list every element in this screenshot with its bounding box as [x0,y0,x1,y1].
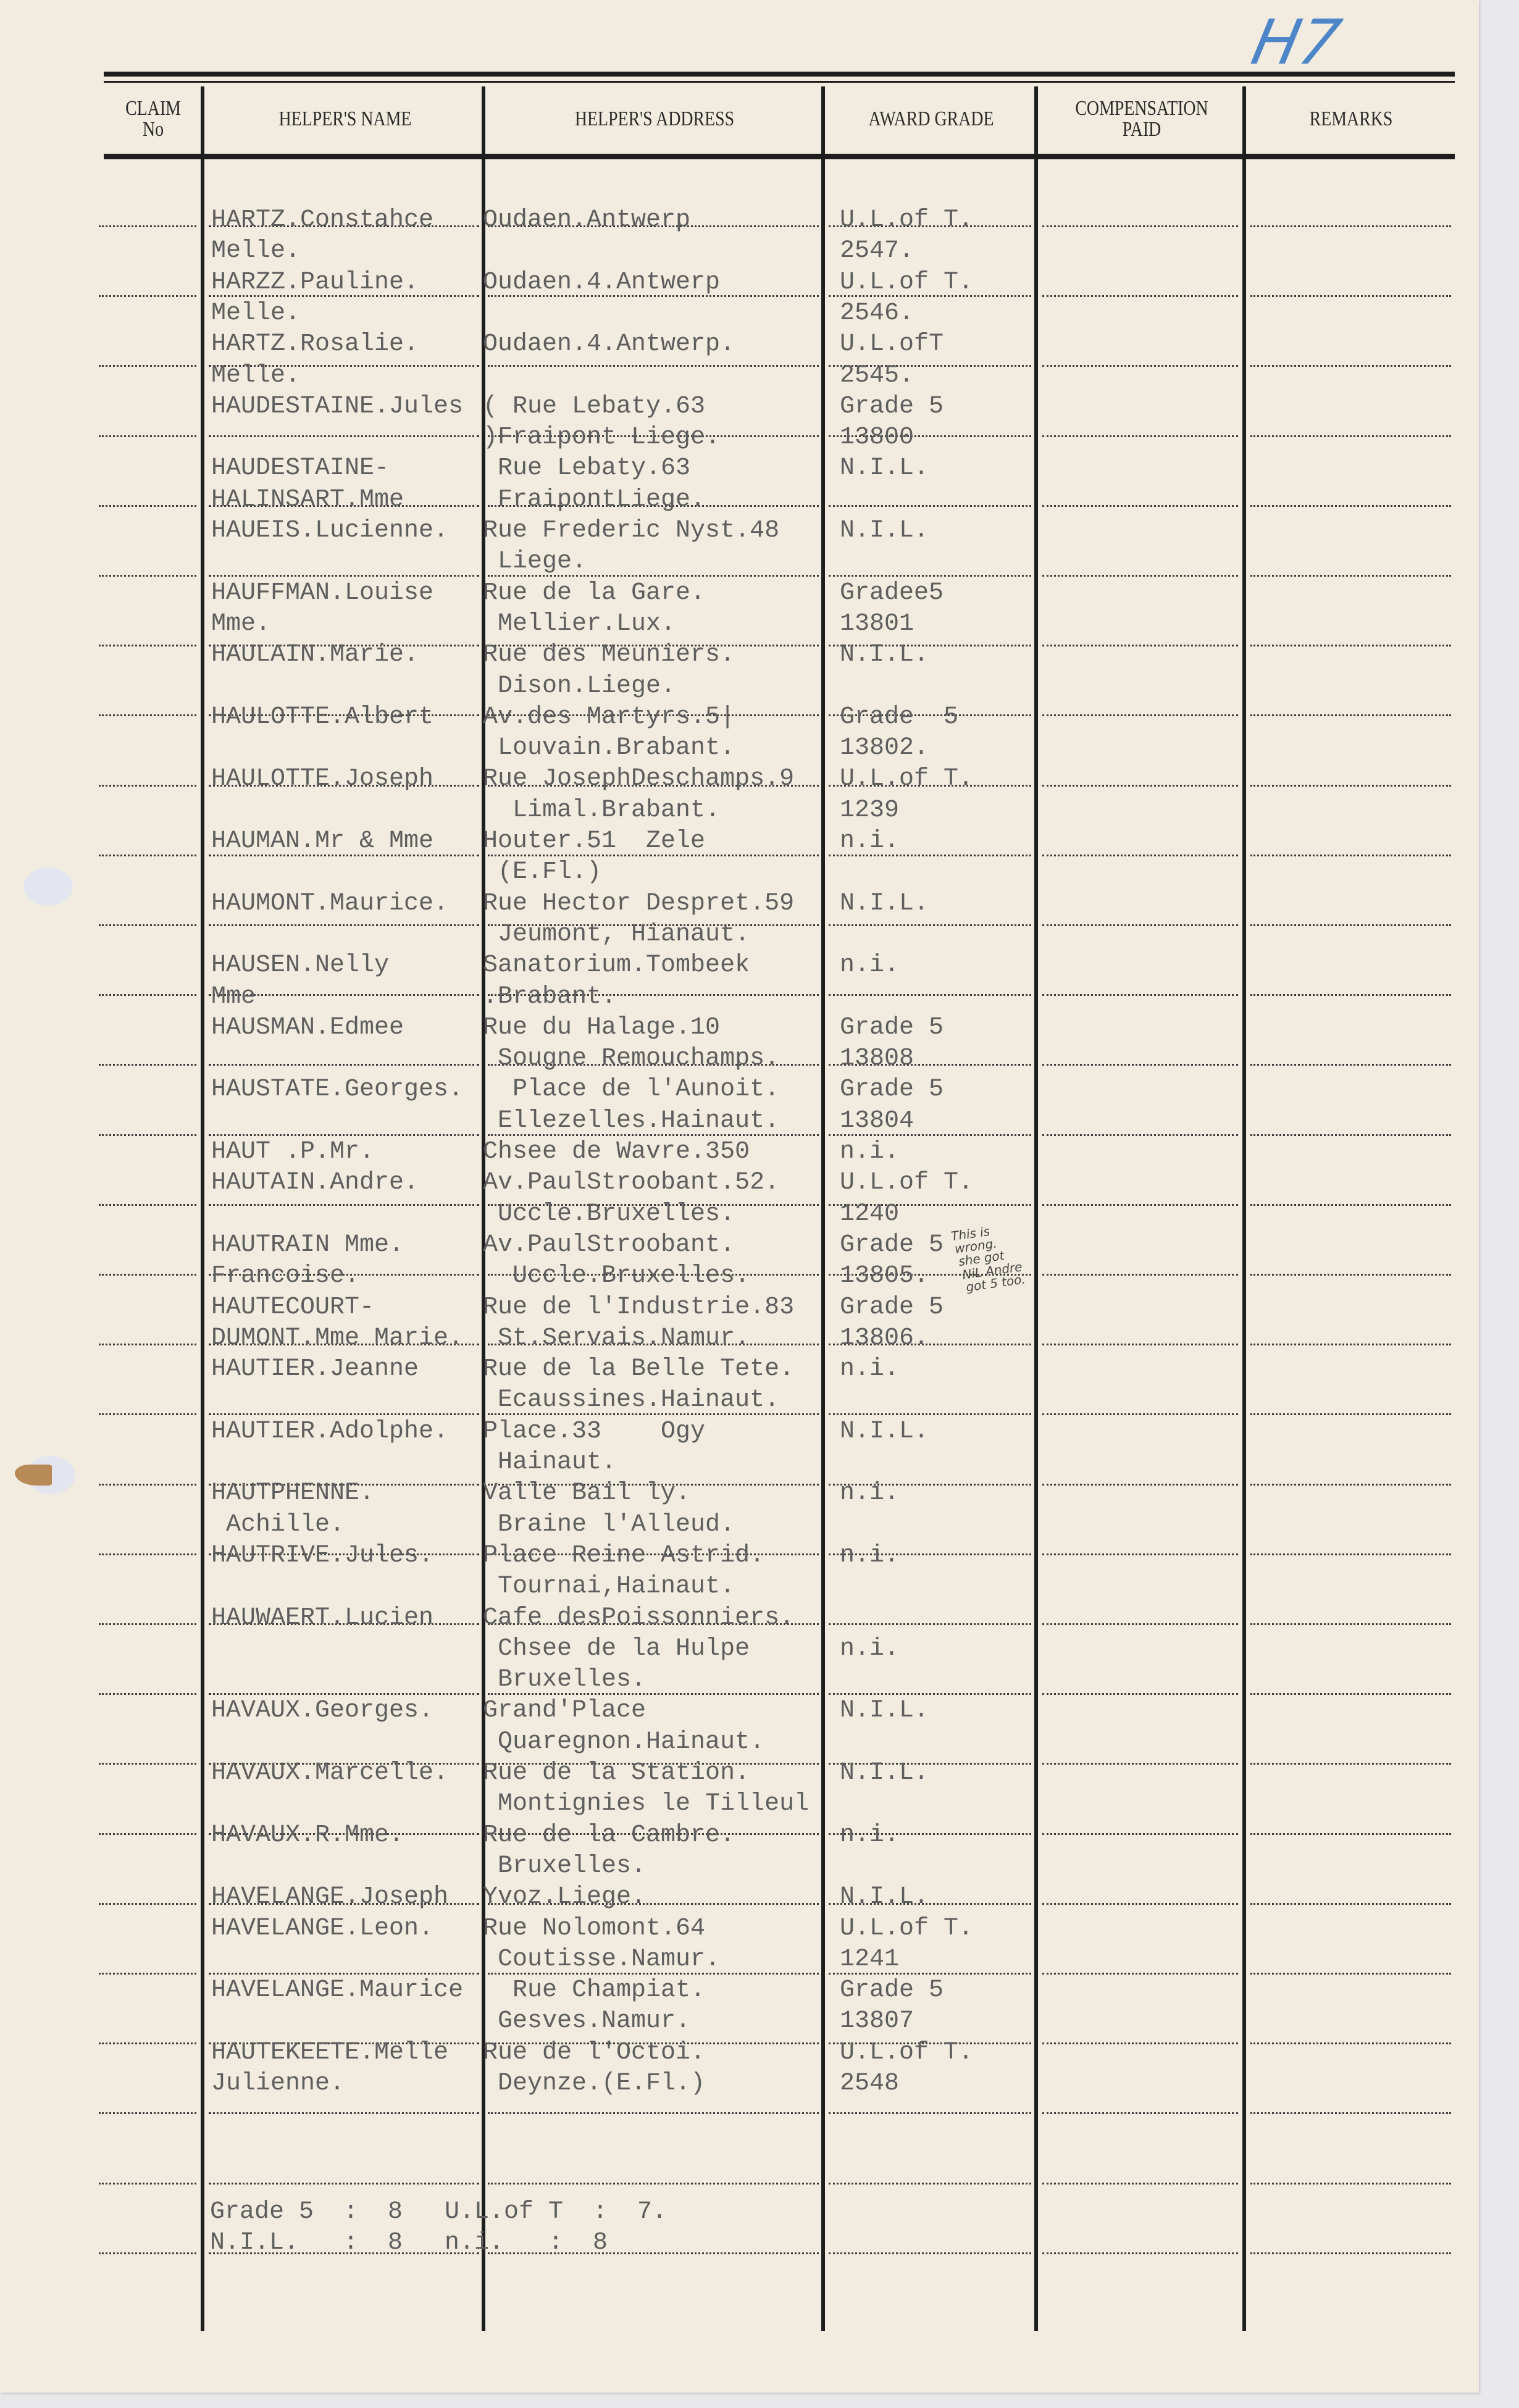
dotted-rule [99,855,196,856]
dotted-rule [99,1344,196,1345]
dotted-rule [1042,1413,1238,1415]
dotted-rule [1042,1973,1238,1975]
award-grade-line: n.i. [840,1820,899,1851]
award-grade-line: n.i. [840,1541,899,1571]
helper-name-line: HAUDESTAINE.Jules [211,391,463,422]
helper-address-line: Rue du Halage.10 [483,1013,720,1043]
helper-address-line: Grand'Place [483,1695,646,1726]
dotted-rule [1250,2183,1451,2184]
helper-address-line: Hainaut. [483,1447,616,1478]
helper-name-line: HAUTAIN.Andre. [211,1168,419,1198]
dotted-rule [1042,295,1238,297]
helper-name-line: HAUTIER.Jeanne [211,1354,419,1385]
helper-address-line: Place de l'Aunoit. [483,1074,779,1105]
award-grade-line: N.I.L. [840,453,929,484]
dotted-rule [829,1413,1031,1415]
helper-name-line: Mme. [211,609,270,640]
dotted-rule [99,2183,196,2184]
award-grade-line: 1241 [840,1944,899,1975]
helper-name-line: HAULOTTE.Albert [211,702,433,733]
helper-address-line: Limal.Brabant. [483,795,720,826]
dotted-rule [1042,1204,1238,1206]
dotted-rule [1042,505,1238,507]
helper-address-line: Uccle.Bruxelles. [483,1199,735,1230]
award-grade-line: N.I.L. [840,888,929,919]
helper-address-line: ( Rue Lebaty.63 [483,391,705,422]
column-rule-claim [201,86,204,2331]
helper-address-line: Rue JosephDeschamps.9 [483,764,794,795]
award-grade-line: 1239 [840,795,899,826]
award-grade-line: n.i. [840,1137,899,1168]
helper-name-line: Melle. [211,298,300,329]
helper-name-line: Achille. [211,1510,345,1541]
dotted-rule [99,785,196,787]
dotted-rule [829,994,1031,996]
summary-nil: N.I.L. : 8 [210,2228,403,2259]
helper-name-line: HAVELANGE.Maurice [211,1975,463,2006]
dotted-rule [1042,924,1238,926]
helper-name-line: HAUT .P.Mr. [211,1137,374,1168]
helper-address-line: Place.33 Ogy [483,1416,705,1447]
helper-address-line: Oudaen.4.Antwerp [483,267,720,298]
helper-name-line: Mme [211,982,256,1013]
award-grade-line: n.i. [840,826,899,857]
column-rule-address [821,86,825,2331]
dotted-rule [829,2252,1031,2254]
award-grade-line: 2548 [840,2068,899,2099]
header-compensation-paid: COMPENSATION PAID [1058,86,1226,151]
award-grade-line: 2546. [840,298,914,329]
helper-name-line: HAUTIER.Adolphe. [211,1416,448,1447]
helper-name-line: HAVAUX.Georges. [211,1695,433,1726]
header-top-thin-rule [104,81,1455,83]
dotted-rule [1042,575,1238,577]
dotted-rule [1250,645,1451,646]
helper-name-line: HAVAUX.R.Mme. [211,1820,404,1851]
dotted-rule [99,2112,196,2114]
helper-address-line: Jeumont, Hianaut. [483,919,750,950]
dotted-rule [209,575,479,577]
dotted-rule [99,1973,196,1975]
dotted-rule [1250,1274,1451,1276]
helper-address-line: Houter.51 Zele [483,826,705,857]
dotted-rule [99,505,196,507]
torn-punch-hole [26,1456,75,1494]
column-rule-award [1034,86,1038,2331]
column-rule-compensation [1242,86,1246,2331]
award-grade-line: Gradee5 [840,578,944,609]
dotted-rule [1250,575,1451,577]
helper-name-line: DUMONT.Mme Marie. [211,1323,463,1354]
award-grade-line: 13800 [840,422,914,453]
helper-address-line: Quaregnon.Hainaut. [483,1727,764,1758]
award-grade-line: n.i. [840,950,899,981]
dotted-rule [99,1833,196,1835]
dotted-rule [1042,225,1238,227]
helper-address-line: Oudaen.Antwerp [483,205,690,236]
helper-address-line: Place Reine Astrid. [483,1541,764,1571]
dotted-rule [1042,1134,1238,1136]
helper-name-line: HAUMONT.Maurice. [211,888,448,919]
award-grade-line: Grade 5 [840,1975,944,2006]
dotted-rule [1042,2112,1238,2114]
dotted-rule [1042,2042,1238,2044]
dotted-rule [209,1413,479,1415]
dotted-rule [1250,1413,1451,1415]
dotted-rule [1042,1903,1238,1905]
dotted-rule [829,1693,1031,1695]
dotted-rule [1250,785,1451,787]
award-grade-line: Grade 5 [840,1074,944,1105]
award-grade-line: 13805. [840,1261,929,1292]
dotted-rule [99,575,196,577]
dotted-rule [1250,1344,1451,1345]
helper-name-line: HAVELANGE.Joseph [211,1882,448,1913]
dotted-rule [829,1623,1031,1625]
dotted-rule [99,1553,196,1555]
dotted-rule [1250,1903,1451,1905]
dotted-rule [1042,1064,1238,1066]
award-grade-line: 13808 [840,1043,914,1074]
helper-address-line: St.Servais.Namur. [483,1323,750,1354]
helper-address-line: Mellier.Lux. [483,609,676,640]
dotted-rule [1250,2112,1451,2114]
helper-address-line: Sanatorium.Tombeek [483,950,750,981]
summary-ulot: U.L.of T : 7. [445,2197,667,2228]
helper-address-line: Rue Nolomont.64 [483,1913,705,1944]
helper-address-line: Yvoz.Liege. [483,1882,646,1913]
dotted-rule [99,645,196,646]
helper-name-line: HAUFFMAN.Louise [211,578,433,609]
award-grade-line: N.I.L. [840,516,929,546]
dotted-rule [99,225,196,227]
summary-grade5: Grade 5 : 8 [210,2197,403,2228]
helper-name-line: HAUDESTAINE- [211,453,389,484]
dotted-rule [99,435,196,437]
helper-address-line: Bruxelles. [483,1665,646,1695]
helper-address-line: Rue des Meuniers. [483,640,735,671]
dotted-rule [1042,435,1238,437]
dotted-rule [1042,2252,1238,2254]
dotted-rule [829,505,1031,507]
helper-address-line: (E.Fl.) [483,857,601,888]
dotted-rule [1042,1274,1238,1276]
award-grade-line: U.L.of T. [840,267,973,298]
helper-address-line: Louvain.Brabant. [483,733,735,764]
award-grade-line: U.L.ofT [840,329,944,360]
award-grade-line: 2547. [840,236,914,267]
dotted-rule [99,1763,196,1765]
award-grade-line: n.i. [840,1478,899,1509]
dotted-rule [99,2042,196,2044]
helper-name-line: HAUTEKEETE.Melle [211,2038,448,2068]
helper-address-line: Rue Frederic Nyst.48 [483,516,779,546]
helper-address-line: Rue de la Cambre. [483,1820,735,1851]
header-helpers-name: HELPER'S NAME [232,86,459,151]
helper-address-line: Rue de l'Octoi. [483,2038,705,2068]
dotted-rule [99,924,196,926]
dotted-rule [209,1134,479,1136]
helper-name-line: HAUSTATE.Georges. [211,1074,463,1105]
award-grade-line: N.I.L. [840,1695,929,1726]
award-grade-line: 1240 [840,1199,899,1230]
dotted-rule [1250,1693,1451,1695]
helper-address-line: Cafe desPoissonniers. [483,1603,794,1634]
dotted-rule [1250,1833,1451,1835]
dotted-rule [1250,2252,1451,2254]
award-grade-line: Grade 5 [840,391,944,422]
helper-name-line: HARTZ.Rosalie. [211,329,419,360]
award-grade-line: Grade 5 [840,702,958,733]
dotted-rule [1250,1484,1451,1486]
dotted-rule [1250,924,1451,926]
helper-name-line: Julienne. [211,2068,345,2099]
helper-address-line: Rue de la Belle Tete. [483,1354,794,1385]
dotted-rule [209,2183,479,2184]
helper-address-line: Braine l'Alleud. [483,1510,735,1541]
dotted-rule [209,1693,479,1695]
helper-address-line: Av.PaulStroobant. [483,1230,735,1261]
helper-address-line: Chsee de Wavre.350 [483,1137,750,1168]
dotted-rule [1042,785,1238,787]
punch-hole [23,867,73,906]
dotted-rule [829,924,1031,926]
award-grade-line: U.L.of T. [840,1168,973,1198]
helper-address-line: Ellezelles.Hainaut. [483,1106,779,1137]
dotted-rule [1042,1833,1238,1835]
dotted-rule [1042,365,1238,367]
award-grade-line: Grade 5 [840,1013,944,1043]
dotted-rule [209,1064,479,1066]
helper-name-line: HAUTRAIN Mme. [211,1230,404,1261]
dotted-rule [99,1693,196,1695]
helper-address-line: Chsee de la Hulpe [483,1634,750,1665]
helper-address-line: Av.PaulStroobant.52. [483,1168,779,1198]
award-grade-line: U.L.of T. [840,1913,973,1944]
award-grade-line: 13801 [840,609,914,640]
helper-address-line: Uccle.Bruxelles. [483,1261,750,1292]
helper-address-line: Bruxelles. [483,1851,646,1882]
dotted-rule [99,2252,196,2254]
helper-name-line: HAVELANGE.Leon. [211,1913,433,1944]
dotted-rule [1042,1484,1238,1486]
helper-name-line: HAUTRIVE.Jules. [211,1541,433,1571]
award-grade-line: U.L.of T. [840,205,973,236]
dotted-rule [209,2112,479,2114]
header-top-thick-rule [104,72,1455,77]
dotted-rule [1042,1693,1238,1695]
summary-ni: n.i. : 8 [445,2228,608,2259]
award-grade-line: N.I.L. [840,1416,929,1447]
dotted-rule [99,994,196,996]
dotted-rule [1250,1623,1451,1625]
helper-address-line: Rue Champiat. [483,1975,705,2006]
helper-name-line: HAUWAERT.Lucien [211,1603,433,1634]
dotted-rule [99,1903,196,1905]
helper-address-line: FraipontLiege. [483,485,705,516]
dotted-rule [209,1204,479,1206]
dotted-rule [99,1134,196,1136]
dotted-rule [1250,435,1451,437]
dotted-rule [209,924,479,926]
helper-address-line: Oudaen.4.Antwerp. [483,329,735,360]
dotted-rule [99,1274,196,1276]
award-grade-line: N.I.L. [840,640,929,671]
dotted-rule [1250,994,1451,996]
award-grade-line: U.L.of T. [840,764,973,795]
dotted-rule [1250,2042,1451,2044]
dotted-rule [99,1204,196,1206]
helper-address-line: Montignies le Tilleul [483,1789,809,1820]
helper-address-line: )Fraipont Liege. [483,422,720,453]
dotted-rule [829,2112,1031,2114]
helper-name-line: HARTZ.Constahce [211,205,433,236]
award-grade-line: 13804 [840,1106,914,1137]
dotted-rule [1250,1134,1451,1136]
helper-name-line: HAVAUX.Marcelle. [211,1758,448,1789]
helper-name-line: HAUTPHENNE. [211,1478,374,1509]
dotted-rule [829,2183,1031,2184]
dotted-rule [209,1973,479,1975]
helper-address-line: Av.des Martyrs.5| [483,702,735,733]
header-bottom-rule [104,154,1455,159]
header-claim-no: CLAIM No [112,86,193,151]
dotted-rule [99,1064,196,1066]
header-award-grade: AWARD GRADE [845,86,1018,151]
dotted-rule [1250,1204,1451,1206]
award-grade-line: 13806. [840,1323,929,1354]
dotted-rule [1042,1623,1238,1625]
helper-address-line: Liege. [483,546,587,577]
dotted-rule [99,1413,196,1415]
helper-name-line: HAUMAN.Mr & Mme [211,826,433,857]
award-grade-line: 2545. [840,361,914,391]
helper-name-line: HARZZ.Pauline. [211,267,419,298]
dotted-rule [1042,1763,1238,1765]
dotted-rule [1250,225,1451,227]
helper-name-line: Francoise. [211,1261,359,1292]
dotted-rule [1042,1344,1238,1345]
helper-name-line: HAUEIS.Lucienne. [211,516,448,546]
dotted-rule [209,435,479,437]
helper-address-line: Valle Bail ly. [483,1478,690,1509]
helper-name-line: HAULOTTE.Joseph [211,764,433,795]
dotted-rule [1250,1064,1451,1066]
dotted-rule [829,575,1031,577]
helper-address-line: Rue de la Station. [483,1758,750,1789]
dotted-rule [1042,855,1238,856]
helper-address-line: Gesves.Namur. [483,2006,690,2037]
helper-name-line: HAUSMAN.Edmee [211,1013,404,1043]
dotted-rule [488,2112,819,2114]
dotted-rule [99,714,196,716]
helper-name-line: HALINSART.Mme [211,485,404,516]
helper-address-line: Rue de l'Industrie.83 [483,1292,794,1323]
helper-name-line: Melle. [211,236,300,267]
dotted-rule [488,2183,819,2184]
dotted-rule [1250,855,1451,856]
dotted-rule [1250,1763,1451,1765]
dotted-rule [488,365,819,367]
award-grade-line: Grade 5 [840,1230,944,1261]
award-grade-line: N.I.L. [840,1882,929,1913]
helper-address-line: Rue Lebaty.63 [483,453,690,484]
helper-address-line: .Brabant. [483,982,616,1013]
header-remarks: REMARKS [1266,86,1436,151]
helper-address-line: Deynze.(E.Fl.) [483,2068,705,2099]
page-number-annotation: H7 [1246,6,1347,78]
helper-name-line: HAULAIN.Marie. [211,640,419,671]
dotted-rule [1250,295,1451,297]
helper-address-line: Ecaussines.Hainaut. [483,1385,779,1416]
dotted-rule [1250,365,1451,367]
helper-address-line: Rue Hector Despret.59 [483,888,794,919]
dotted-rule [1042,1553,1238,1555]
award-grade-line: n.i. [840,1354,899,1385]
dotted-rule [1250,714,1451,716]
header-helpers-address: HELPER'S ADDRESS [518,86,792,151]
dotted-rule [1250,505,1451,507]
helper-address-line: Coutisse.Namur. [483,1944,720,1975]
dotted-rule [1250,1973,1451,1975]
dotted-rule [99,295,196,297]
dotted-rule [1042,714,1238,716]
helper-address-line: Tournai,Hainaut. [483,1571,735,1602]
award-grade-line: U.L.of T. [840,2038,973,2068]
dotted-rule [1042,994,1238,996]
award-grade-line: 13802. [840,733,929,764]
helper-name-line: HAUSEN.Nelly [211,950,389,981]
dotted-rule [99,365,196,367]
helper-address-line: Sougne Remouchamps. [483,1043,779,1074]
award-grade-line: 13807 [840,2006,914,2037]
dotted-rule [99,1623,196,1625]
award-grade-line: Grade 5 [840,1292,944,1323]
dotted-rule [99,1484,196,1486]
helper-address-line: Rue de la Gare. [483,578,705,609]
helper-address-line: Dison.Liege. [483,671,676,702]
dotted-rule [1250,1553,1451,1555]
dotted-rule [1042,645,1238,646]
helper-name-line: HAUTECOURT- [211,1292,374,1323]
helper-name-line: Melle. [211,361,300,391]
award-grade-line: n.i. [840,1634,899,1665]
dotted-rule [1042,2183,1238,2184]
award-grade-line: N.I.L. [840,1758,929,1789]
form-sheet: H7 CLAIM No HELPER'S NAME HELPER'S ADDRE… [0,0,1479,2393]
